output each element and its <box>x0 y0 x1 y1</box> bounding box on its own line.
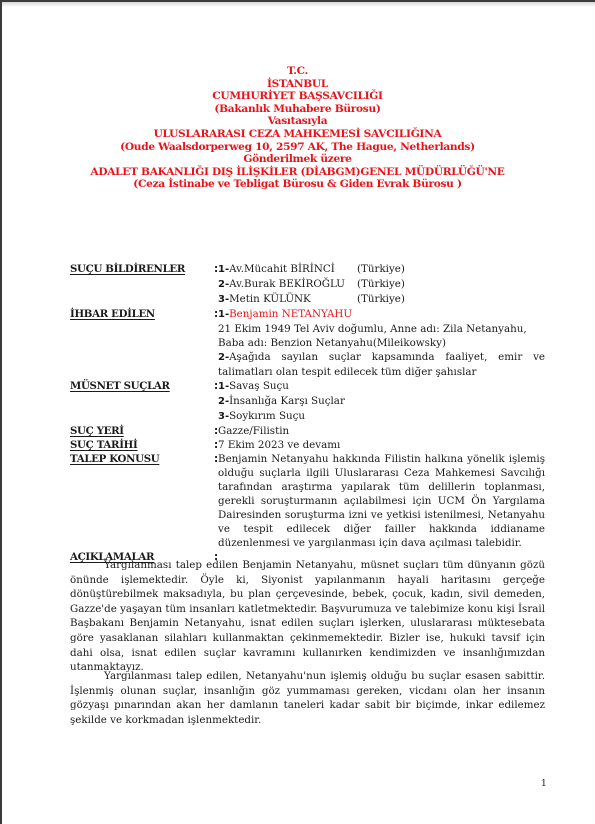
explanation-paragraph-2: Yargılanması talep edilen, Netanyahu'nun… <box>70 669 545 727</box>
complainant-row: 2-Av.Burak BEKİROĞLU (Türkiye) <box>70 277 545 292</box>
header-line: (Ceza İstinabe ve Tebligat Bürosu & Gide… <box>0 178 595 191</box>
explanation-paragraph-1: Yargılanması talep edilen Benjamin Netan… <box>70 558 545 675</box>
field-label: SUÇ TARİHİ <box>70 438 210 452</box>
accused-name: Benjamin NETANYAHU <box>229 308 352 320</box>
item-number: 1- <box>218 264 229 275</box>
crime-date-value: 7 Ekim 2023 ve devamı <box>218 438 545 452</box>
colon: : <box>214 379 218 393</box>
field-charges: MÜSNET SUÇLAR : 1-Savaş Suçu <box>70 379 545 394</box>
accused-detail-row: 21 Ekim 1949 Tel Aviv doğumlu, Anne adı:… <box>70 322 545 336</box>
colon: : <box>214 307 218 321</box>
complainant-row: 3-Metin KÜLÜNK (Türkiye) <box>70 292 545 307</box>
header-line: CUMHURİYET BAŞSAVCILIĞI <box>0 90 595 103</box>
charge: İnsanlığa Karşı Suçlar <box>229 395 345 407</box>
header-line: ADALET BAKANLIĞI DIŞ İLİŞKİLER (DİABGM)G… <box>0 166 595 179</box>
complainant-name: Av.Burak BEKİROĞLU <box>229 278 345 290</box>
field-label: SUÇ YERİ <box>70 424 210 438</box>
charge-row: 2-İnsanlığa Karşı Suçlar <box>70 394 545 409</box>
header-line: T.C. <box>0 65 595 78</box>
accused-detail: Baba adı: Benzion Netanyahu(Mileikowsky) <box>218 336 545 350</box>
field-complainants: SUÇU BİLDİRENLER : 1-Av.Mücahit BİRİNCİ … <box>70 262 545 277</box>
field-crime-date: SUÇ TARİHİ : 7 Ekim 2023 ve devamı <box>70 438 545 452</box>
complainant-country: (Türkiye) <box>357 277 405 291</box>
document-header: T.C. İSTANBUL CUMHURİYET BAŞSAVCILIĞI (B… <box>0 65 595 191</box>
field-label: MÜSNET SUÇLAR <box>70 379 210 393</box>
complainant-name: Metin KÜLÜNK <box>229 293 311 305</box>
field-label: SUÇU BİLDİRENLER <box>70 262 210 276</box>
charge: Savaş Suçu <box>229 380 289 392</box>
charge: Soykırım Suçu <box>229 410 305 422</box>
accused-others: Aşağıda sayılan suçlar kapsamında faaliy… <box>218 351 545 378</box>
item-number: 3- <box>218 411 229 422</box>
colon: : <box>214 424 218 438</box>
charge-row: 3-Soykırım Suçu <box>70 409 545 424</box>
field-request: TALEP KONUSU : Benjamin Netanyahu hakkın… <box>70 452 545 550</box>
field-accused: İHBAR EDİLEN : 1-Benjamin NETANYAHU <box>70 307 545 322</box>
case-fields: SUÇU BİLDİRENLER : 1-Av.Mücahit BİRİNCİ … <box>70 262 545 564</box>
item-number: 2- <box>218 352 229 363</box>
header-line: Vasıtasıyla <box>0 115 595 128</box>
item-number: 3- <box>218 294 229 305</box>
request-value: Benjamin Netanyahu hakkında Filistin hal… <box>218 452 545 550</box>
page-number: 1 <box>541 779 547 789</box>
accused-detail-row: Baba adı: Benzion Netanyahu(Mileikowsky) <box>70 336 545 350</box>
header-line: Gönderilmek üzere <box>0 153 595 166</box>
item-number: 1- <box>218 309 229 320</box>
colon: : <box>214 452 218 466</box>
field-label: İHBAR EDİLEN <box>70 307 210 321</box>
header-line: İSTANBUL <box>0 78 595 91</box>
colon: : <box>214 262 218 276</box>
item-number: 2- <box>218 279 229 290</box>
viewer-top-shadow <box>0 2 595 7</box>
field-crime-place: SUÇ YERİ : Gazze/Filistin <box>70 424 545 438</box>
accused-item-2: 2-Aşağıda sayılan suçlar kapsamında faal… <box>70 350 545 379</box>
header-line: (Bakanlık Muhabere Bürosu) <box>0 103 595 116</box>
complainant-name: Av.Mücahit BİRİNCİ <box>229 263 335 275</box>
crime-place-value: Gazze/Filistin <box>218 424 545 438</box>
item-number: 1- <box>218 381 229 392</box>
item-number: 2- <box>218 396 229 407</box>
colon: : <box>214 438 218 452</box>
header-line: ULUSLARARASI CEZA MAHKEMESİ SAVCILIĞINA <box>0 128 595 141</box>
header-line: (Oude Waalsdorperweg 10, 2597 AK, The Ha… <box>0 141 595 154</box>
field-label: TALEP KONUSU <box>70 452 210 466</box>
accused-detail: 21 Ekim 1949 Tel Aviv doğumlu, Anne adı:… <box>218 322 545 336</box>
complainant-country: (Türkiye) <box>357 292 405 306</box>
complainant-country: (Türkiye) <box>357 262 405 276</box>
